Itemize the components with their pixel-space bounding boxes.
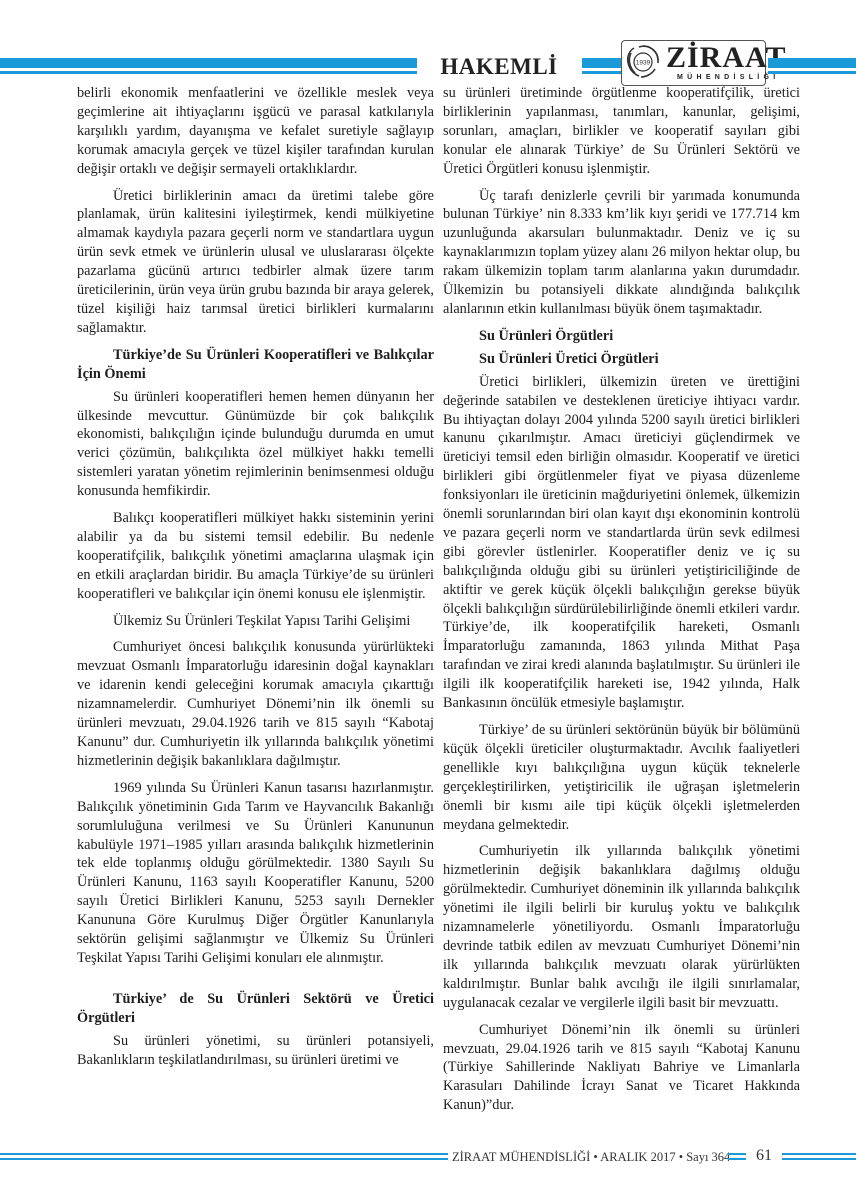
paragraph: Türkiye’ de su ürünleri sektörünün büyük… [443,721,800,834]
footer-line-mid-bottom [728,1158,746,1160]
paragraph: Su ürünleri yönetimi, su ürünleri potans… [77,1032,434,1070]
header-bar-left [0,58,417,68]
paragraph: Balıkçı kooperatifleri mülkiyet hakkı si… [77,509,434,604]
paragraph: Üç tarafı denizlerle çevrili bir yarımad… [443,187,800,319]
paragraph: su ürünleri üretiminde örgütlenme kooper… [443,84,800,179]
header-bar-mid-thin [582,71,622,74]
paragraph: 1969 yılında Su Ürünleri Kanun tasarısı … [77,779,434,968]
footer-line-mid-top [728,1153,746,1155]
paragraph: Üretici birliklerinin amacı da üretimi t… [77,187,434,338]
header-bar-right [768,58,856,68]
svg-text:1939: 1939 [636,60,651,67]
section-heading: Su Ürünleri Örgütleri [443,327,800,346]
footer-line-right-top [782,1153,856,1155]
footer-line-left-top [0,1153,448,1155]
page-number: 61 [756,1147,772,1165]
header-bar-right-thin [768,71,856,74]
footer-journal-info: ZİRAAT MÜHENDİSLİĞİ • ARALIK 2017 • Sayı… [452,1150,730,1165]
footer-line-right-bottom [782,1158,856,1160]
header-bar-left-thin [0,71,417,74]
section-heading: Su Ürünleri Üretici Örgütleri [443,350,800,369]
subsection-title: Ülkemiz Su Ürünleri Teşkilat Yapısı Tari… [77,612,434,631]
paragraph: Cumhuriyet öncesi balıkçılık konusunda y… [77,638,434,770]
section-label: HAKEMLİ [420,54,578,80]
paragraph: Cumhuriyet Dönemi’nin ilk önemli su ürün… [443,1021,800,1116]
left-column: belirli ekonomik menfaatlerini ve özelli… [77,84,434,1078]
section-heading: Türkiye’de Su Ürünleri Kooperatifleri ve… [77,346,434,384]
logo-subtitle: MÜHENDİSLİĞİ [677,74,780,81]
paragraph: Su ürünleri kooperatifleri hemen hemen d… [77,388,434,501]
header-bar-mid [582,58,622,68]
paragraph: Üretici birlikleri, ülkemizin üreten ve … [443,373,800,713]
wheat-emblem-icon: 1939 [625,43,661,79]
paragraph: belirli ekonomik menfaatlerini ve özelli… [77,84,434,179]
journal-logo: 1939 ZİRAAT MÜHENDİSLİĞİ [621,40,766,86]
right-column: su ürünleri üretiminde örgütlenme kooper… [443,84,800,1123]
footer-line-left-bottom [0,1158,448,1160]
paragraph: Cumhuriyetin ilk yıllarında balıkçılık y… [443,842,800,1012]
section-heading: Türkiye’ de Su Ürünleri Sektörü ve Üreti… [77,990,434,1028]
